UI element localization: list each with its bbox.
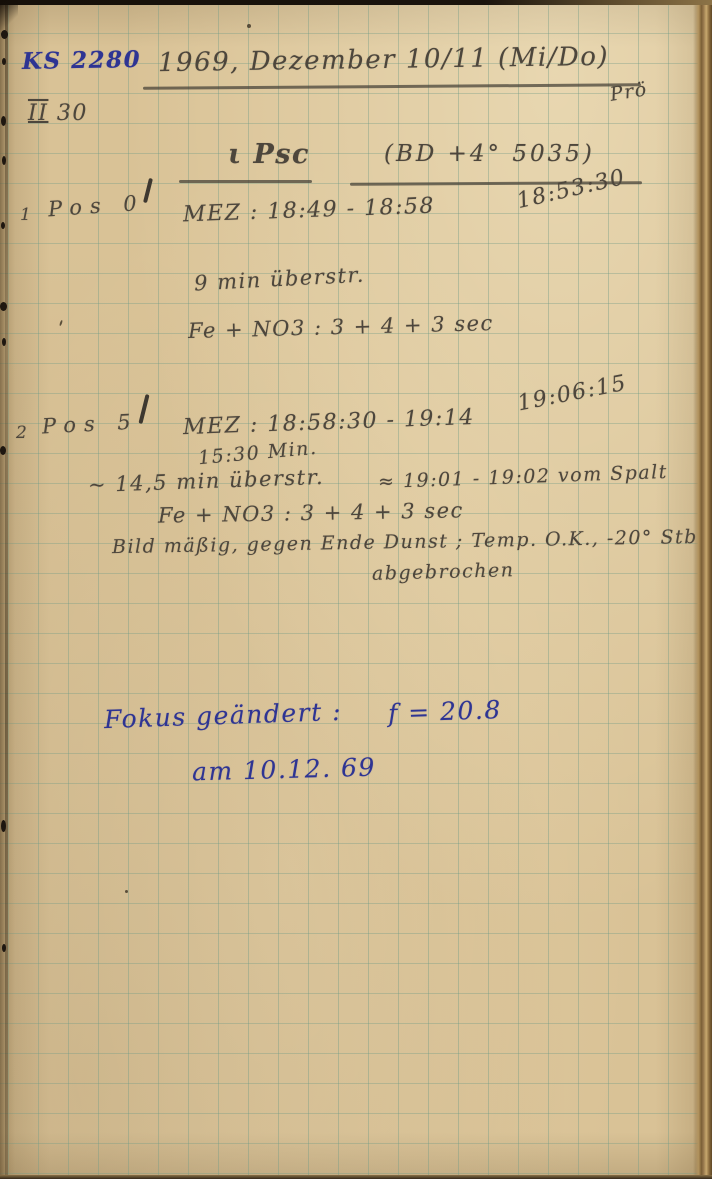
bottom-edge — [0, 1175, 712, 1179]
focus-date: am 10.12. 69 — [192, 754, 377, 786]
focus-value: f = 20.8 — [388, 696, 503, 727]
paper-speck — [125, 890, 128, 893]
paper-speck — [247, 24, 251, 28]
binding-crease — [5, 0, 8, 1179]
binding-ink-spot — [0, 302, 7, 311]
binding-ink-spot — [1, 116, 6, 126]
binding-ink-spot — [1, 222, 5, 229]
series-number: 30 — [57, 101, 88, 126]
star-name: ι Psc — [228, 140, 310, 170]
binding-ink-spot — [2, 944, 6, 952]
binding-ink-spot — [2, 58, 6, 65]
binding-ink-spot — [1, 820, 6, 832]
binding-ink-spot — [1, 30, 8, 39]
series-label: II 30 — [28, 102, 88, 126]
exposure-number: 1 — [20, 206, 32, 225]
date-heading: 1969, Dezember 10/11 (Mi/Do) — [158, 43, 609, 78]
catalog-designation: (BD +4° 5035) — [384, 142, 595, 167]
plate-id: KS 2280 — [22, 47, 142, 74]
top-left-corner-shadow — [0, 0, 18, 30]
binding-ink-spot — [2, 338, 6, 346]
top-edge — [0, 0, 712, 5]
binding-ink-spot — [0, 446, 6, 455]
star-name-underline — [179, 180, 312, 183]
exposure-number: 2 — [16, 424, 28, 443]
page-stack-edge — [693, 0, 712, 1179]
aborted-note: abgebrochen — [372, 560, 515, 585]
binding-ink-spot — [2, 156, 6, 165]
series-roman-numeral: II — [28, 101, 48, 126]
notebook-page: KS 2280 1969, Dezember 10/11 (Mi/Do) Prö… — [0, 0, 712, 1179]
